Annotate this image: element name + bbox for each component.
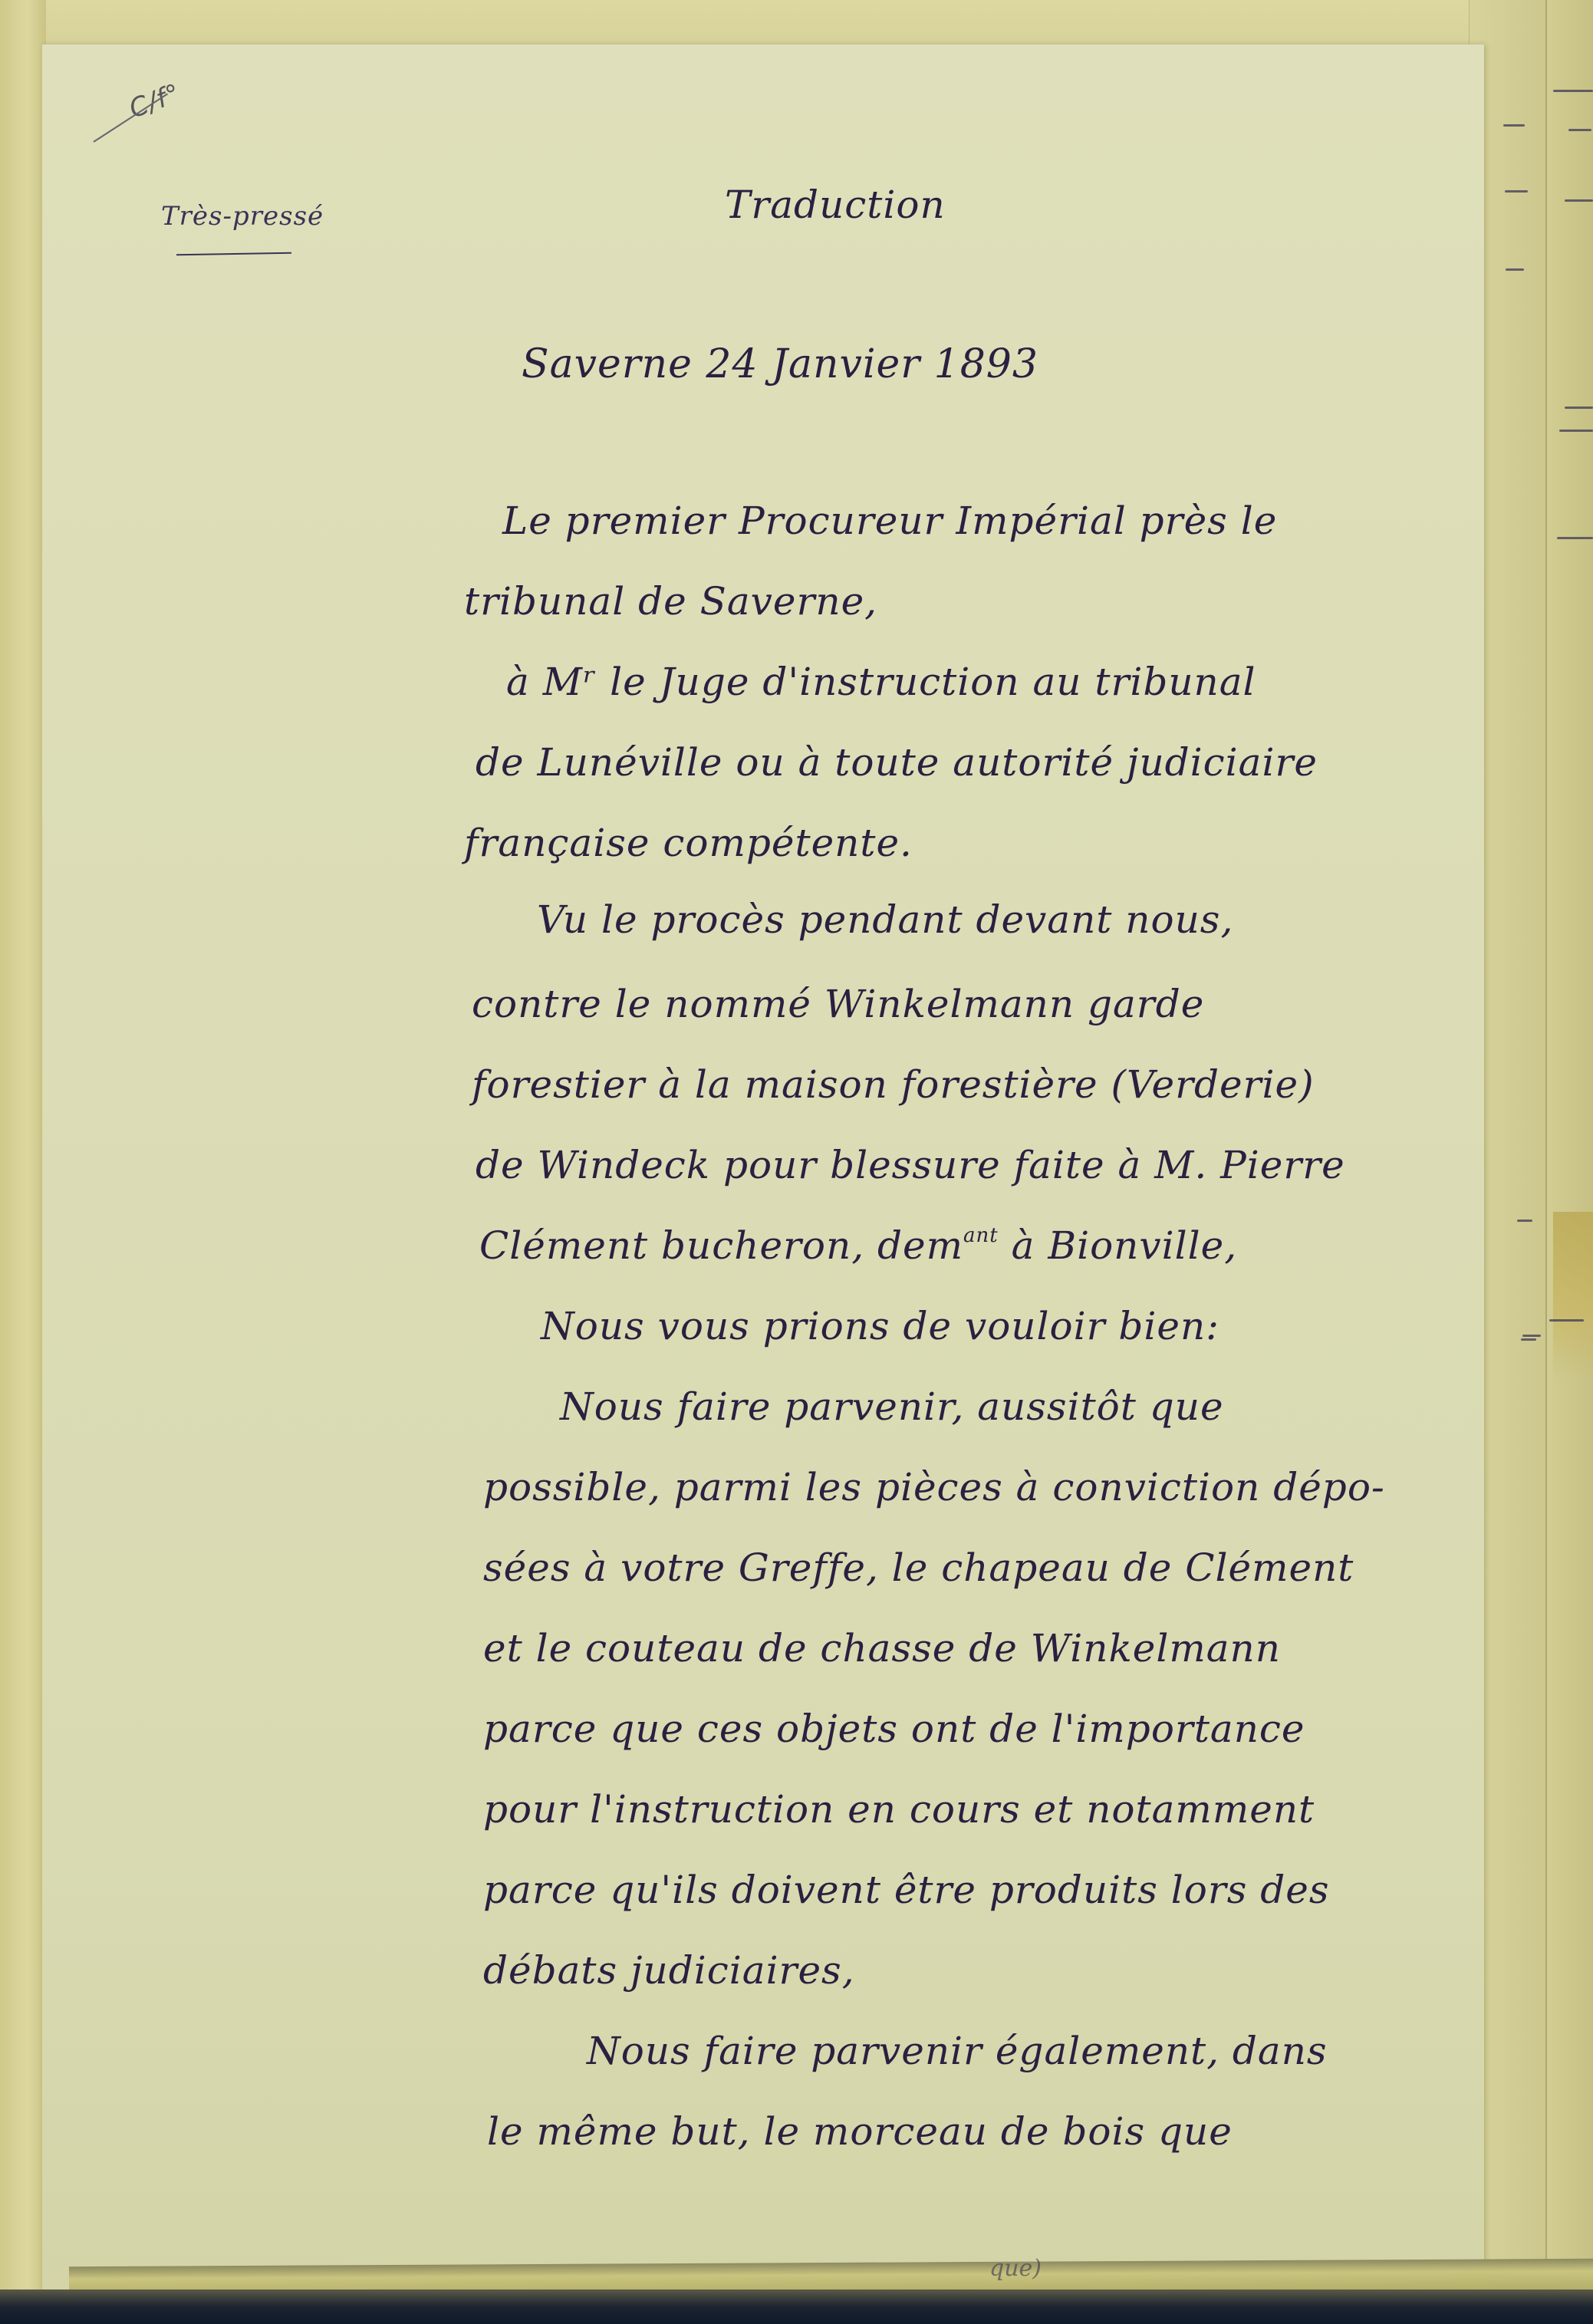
letter-line-9: de Windeck pour blessure faite à M. Pier… [476,1143,1345,1187]
margin-ink-fragment [1517,1220,1532,1222]
letter-line-2: tribunal de Saverne, [464,579,877,624]
underlying-page-back [1545,0,1593,2324]
letter-line-14: sées à votre Greffe, le chapeau de Cléme… [483,1545,1354,1590]
margin-ink-fragment [1549,1319,1584,1322]
letter-line-7: contre le nommé Winkelmann garde [472,982,1204,1026]
letter-line-3: à Mʳ le Juge d'instruction au tribunal [506,660,1256,704]
margin-ink-fragment [1503,124,1525,127]
document-title: Traduction [725,183,946,227]
letter-line-5: française compétente. [464,821,913,865]
letter-line-16: parce que ces objets ont de l'importance [483,1707,1305,1751]
letter-line-4: de Lunéville ou à toute autorité judicia… [476,740,1318,785]
margin-ink-fragment [1565,199,1593,202]
paper-stain [1553,1212,1593,1381]
margin-ink-fragment [1522,1335,1541,1337]
letter-line-11: Nous vous prions de vouloir bien: [541,1304,1219,1348]
letter-line-20: Nous faire parvenir également, dans [587,2029,1328,2073]
margin-ink-fragment [1565,407,1593,409]
letter-line-10-text: Clément bucheron, dem [479,1223,963,1268]
letter-line-13: possible, parmi les pièces à conviction … [483,1465,1385,1509]
place-date: Saverne 24 Janvier 1893 [522,341,1038,387]
margin-ink-fragment [1557,537,1593,539]
folder-left-edge [0,0,46,2324]
folder-top-edge [0,0,1593,46]
letter-line-15: et le couteau de chasse de Winkelmann [483,1626,1281,1671]
letter-line-12: Nous faire parvenir, aussitôt que [560,1384,1224,1429]
margin-ink-fragment [1505,190,1528,193]
margin-ink-fragment [1568,129,1591,131]
bottom-slip-fragment: que) [989,2255,1042,2282]
margin-ink-fragment [1559,430,1593,432]
letter-line-17: pour l'instruction en cours et notamment [483,1787,1315,1832]
letter-line-8: forestier à la maison forestière (Verder… [472,1062,1315,1107]
margin-ink-fragment [1506,268,1524,271]
letter-line-10: Clément bucheron, demant à Bionville, [479,1223,1237,1268]
letter-line-10-tail: à Bionville, [999,1223,1237,1268]
letter-line-18: parce qu'ils doivent être produits lors … [483,1868,1330,1912]
urgency-note: Très-pressé [161,201,324,232]
margin-ink-fragment [1521,1338,1536,1341]
letter-line-6: Vu le procès pendant devant nous, [537,897,1233,942]
bottom-dark-edge [0,2289,1593,2324]
abbreviation-superscript: ant [963,1224,999,1247]
letter-line-1: Le premier Procureur Impérial près le [502,499,1277,543]
letter-line-21: le même but, le morceau de bois que [487,2109,1233,2154]
letter-line-19: débats judiciaires, [483,1948,855,1993]
margin-ink-fragment [1553,90,1593,92]
